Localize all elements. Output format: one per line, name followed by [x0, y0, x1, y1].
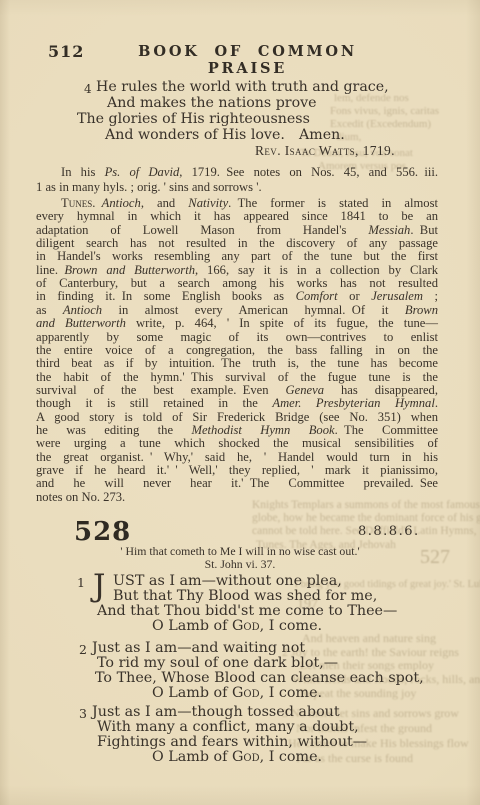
- running-head-title: BOOK OF COMMON PRAISE: [100, 43, 395, 77]
- verse-line: With many a conflict, many a doubt,: [97, 719, 359, 735]
- author-attribution: Rev. Isaac Watts, 1719.: [255, 143, 395, 159]
- note-line: the habit of the hymn.' This survival of…: [36, 371, 438, 384]
- verse-line: He rules the world with truth and grace,: [96, 79, 389, 95]
- verse-number: 1: [77, 575, 85, 590]
- note-line: and Butterworth write, p. 464, ' In spit…: [36, 317, 438, 330]
- book-page: lem, defende nosFons vivus, ignis, carit…: [0, 0, 480, 805]
- note-line: and he will never hear it.' The Committe…: [36, 477, 438, 490]
- verse-line: And makes the nations prove: [107, 95, 317, 111]
- note-line: he was editing the Methodist Hymn Book. …: [36, 424, 438, 437]
- note-line: though it is still retained in the Amer.…: [36, 397, 438, 410]
- note-line: third beat as if by intuition. The truth…: [36, 357, 438, 370]
- verse-line: But that Thy Blood was shed for me,: [113, 588, 377, 604]
- verse-line: O Lamb of God, I come.: [152, 618, 322, 634]
- verse-line: Fightings and fears within, without—: [97, 734, 367, 750]
- verse-line: UST as I am—without one plea,: [113, 573, 342, 589]
- verse-line: O Lamb of God, I come.: [152, 685, 322, 701]
- note-line: notes on No. 273.: [36, 491, 438, 504]
- verse-number: 4: [84, 82, 92, 96]
- bleed-through-text: globe, how he became the dominant force …: [252, 512, 480, 524]
- drop-cap-initial: J: [93, 571, 105, 601]
- note-line: of Canterbury, but a search among his wo…: [36, 277, 438, 290]
- note-line: were urging a tune which shocked the mus…: [36, 437, 438, 450]
- note-line: 1 as in many hyls. ; orig. ' sins and so…: [36, 181, 438, 194]
- note-line: diligent search has not resulted in the …: [36, 237, 438, 250]
- note-line: the great organist. ' Why,' said he, ' H…: [36, 451, 438, 464]
- note-line: as Antioch in almost every American hymn…: [36, 304, 438, 317]
- verse-line: To Thee, Whose Blood can cleanse each sp…: [95, 670, 424, 686]
- verse-line: Just as I am—and waiting not: [92, 640, 305, 656]
- verse-number: 2: [79, 642, 87, 657]
- verse-line: The glories of His righteousness: [77, 111, 310, 127]
- note-line: in Handel's works resembling any part of…: [36, 250, 438, 263]
- note-line: A good story is told of Sir Frederick Br…: [36, 411, 438, 424]
- note-line: apparently by some magic of its own—cont…: [36, 331, 438, 344]
- verse-line: And that Thou bidd'st me come to Thee—: [97, 603, 397, 619]
- verse-line: O Lamb of God, I come.: [152, 749, 322, 765]
- note-line: every hymnal in which it has appeared si…: [36, 210, 438, 223]
- note-line: in finding it. In some English books as …: [36, 290, 438, 303]
- note-line: survival of the best example. Even Genev…: [36, 384, 438, 397]
- page-number: 512: [48, 42, 84, 61]
- note-line: grave if he heard it.' ' Well,' they rep…: [36, 464, 438, 477]
- bleed-through-text: Fons vivus, ignis, caritas: [330, 105, 439, 117]
- verse-number: 3: [79, 706, 87, 721]
- note-line: line. Brown and Butterworth, 166, say it…: [36, 264, 438, 277]
- verse-line: To rid my soul of one dark blot,—: [97, 655, 338, 671]
- verse-line: And wonders of His love. Amen.: [105, 127, 345, 143]
- verse-line: Just as I am—though tossed about: [92, 704, 340, 720]
- note-line: Tunes. Antioch, and Nativity. The former…: [36, 197, 438, 210]
- note-line: adaptation of Lowell Mason from Handel's…: [36, 224, 438, 237]
- hymn-number: 528: [74, 517, 131, 547]
- bleed-through-text: And heaven and nature sing: [302, 631, 436, 646]
- bleed-through-text: Excedit (Excedendum): [330, 118, 431, 130]
- hymn-meter: 8.8.8.6.: [358, 524, 420, 539]
- note-line: In his Ps. of David, 1719. See notes on …: [36, 166, 438, 179]
- note-line: the entire voice of a congregation, the …: [36, 344, 438, 357]
